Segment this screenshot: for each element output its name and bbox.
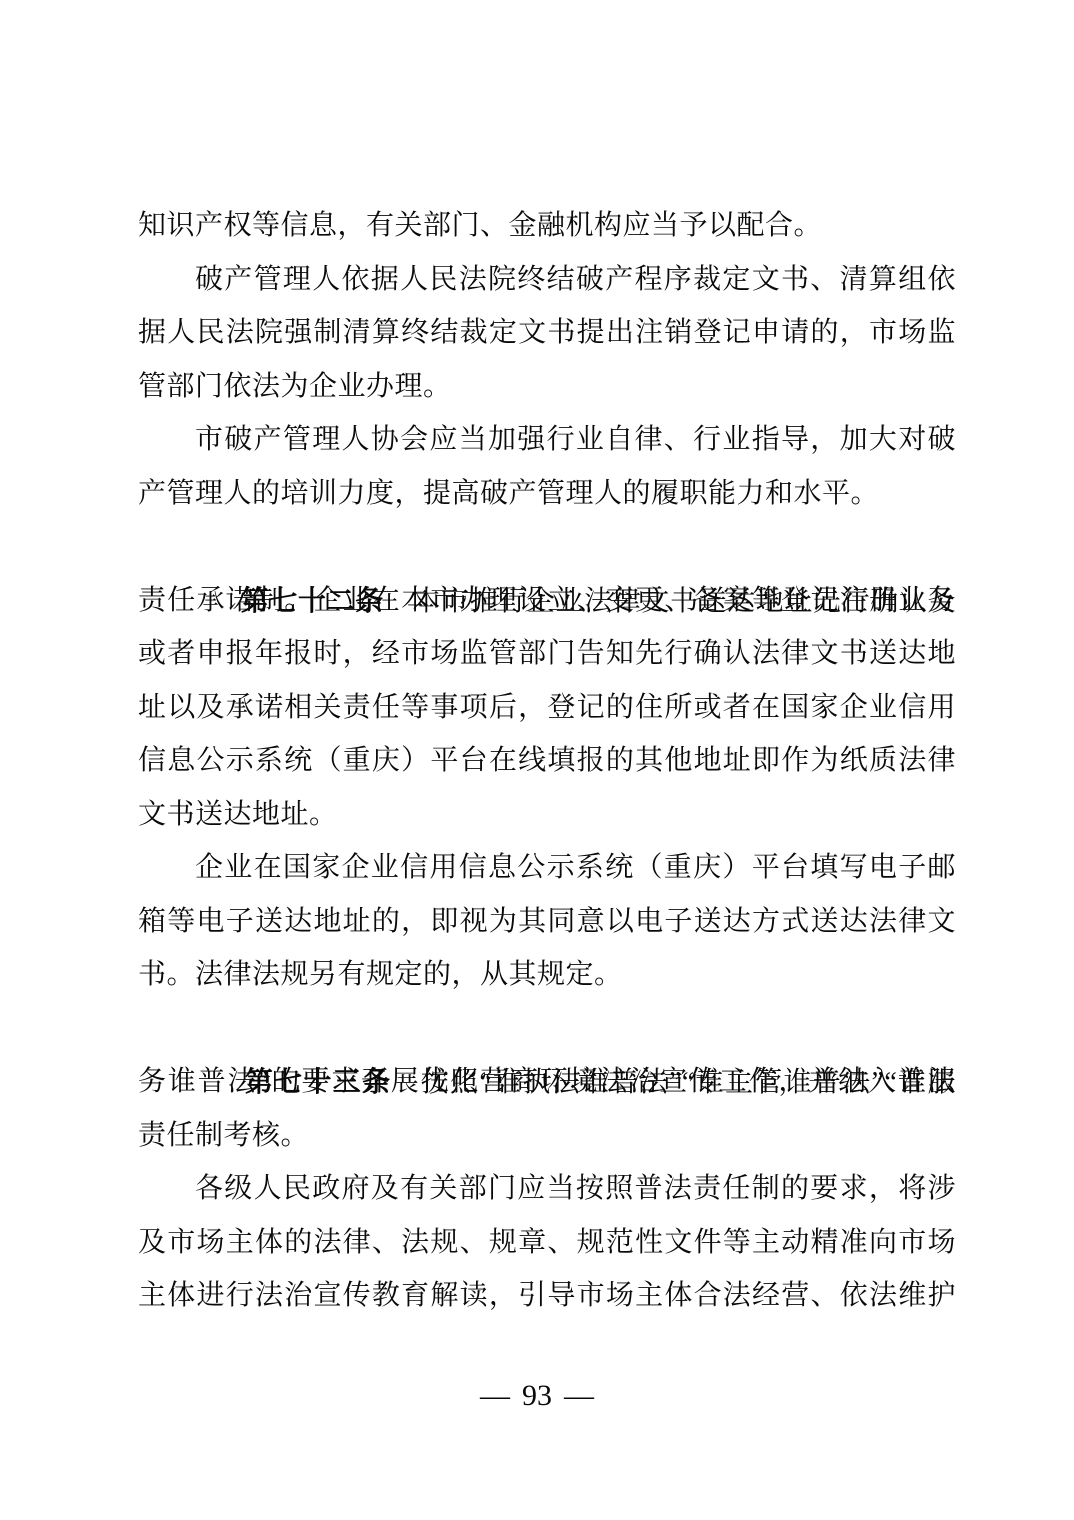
text-line: 各级人民政府及有关部门应当按照普法责任制的要求，将涉 (138, 1162, 956, 1216)
footer-dash-left: — (470, 1379, 520, 1412)
text-line: 企业在国家企业信用信息公示系统（重庆）平台填写电子邮 (138, 841, 956, 895)
document-page: 知识产权等信息，有关部门、金融机构应当予以配合。 破产管理人依据人民法院终结破产… (0, 0, 1074, 1520)
text-body: 知识产权等信息，有关部门、金融机构应当予以配合。 破产管理人依据人民法院终结破产… (138, 199, 956, 1323)
text-line: 据人民法院强制清算终结裁定文书提出注销登记申请的，市场监 (138, 306, 956, 360)
text-line: 址以及承诺相关责任等事项后，登记的住所或者在国家企业信用 (138, 681, 956, 735)
text-line: 责任制考核。 (138, 1109, 956, 1163)
text-line: 箱等电子送达地址的，即视为其同意以电子送达方式送达法律文 (138, 895, 956, 949)
page-footer: —93— (0, 1378, 1074, 1414)
text-line: 责任承诺制。企业在本市办理设立、变更、备案等登记注册业务 (138, 574, 956, 628)
text-line: 文书送达地址。 (138, 788, 956, 842)
page-number: 93 (520, 1379, 554, 1412)
text-line: 及市场主体的法律、法规、规章、规范性文件等主动精准向市场 (138, 1216, 956, 1270)
text-line: 第七十二条 本市推行企业法律文书送达地址先行确认及 (138, 520, 956, 574)
text-line: 务谁普法”的要求开展优化营商环境法治宣传工作，并纳入普法 (138, 1055, 956, 1109)
text-line: 或者申报年报时，经市场监管部门告知先行确认法律文书送达地 (138, 627, 956, 681)
text-line: 管部门依法为企业办理。 (138, 360, 956, 414)
text-line: 信息公示系统（重庆）平台在线填报的其他地址即作为纸质法律 (138, 734, 956, 788)
footer-dash-right: — (554, 1379, 604, 1412)
text-line: 产管理人的培训力度，提高破产管理人的履职能力和水平。 (138, 467, 956, 521)
text-line: 书。法律法规另有规定的，从其规定。 (138, 948, 956, 1002)
text-line: 第七十三条 按照“谁执法谁普法”“谁主管谁普法”“谁服 (138, 1002, 956, 1056)
text-line: 市破产管理人协会应当加强行业自律、行业指导，加大对破 (138, 413, 956, 467)
text-line: 主体进行法治宣传教育解读，引导市场主体合法经营、依法维护 (138, 1269, 956, 1323)
text-line: 知识产权等信息，有关部门、金融机构应当予以配合。 (138, 199, 956, 253)
text-line: 破产管理人依据人民法院终结破产程序裁定文书、清算组依 (138, 253, 956, 307)
